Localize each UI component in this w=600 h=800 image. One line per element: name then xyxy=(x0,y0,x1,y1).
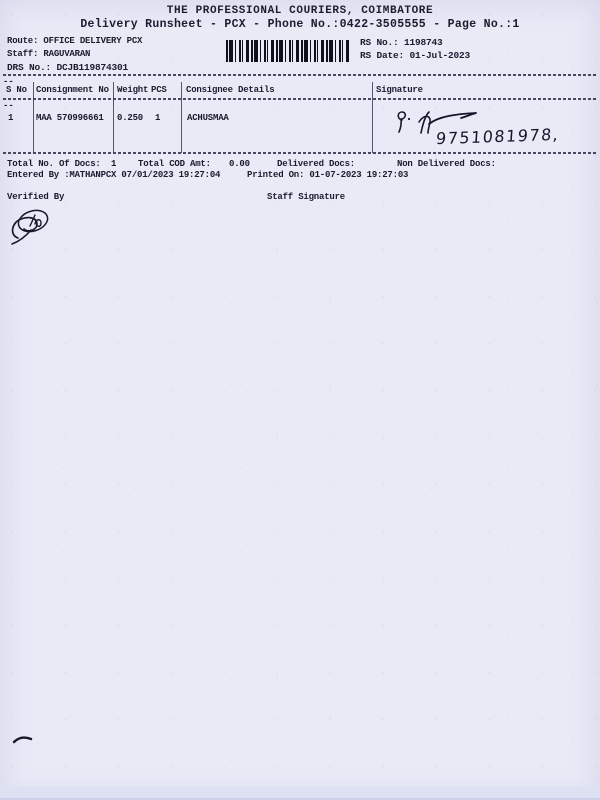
staff-value: RAGUVARAN xyxy=(43,49,90,59)
divider-header xyxy=(3,98,597,100)
cell-consignment-no: MAA 570996661 xyxy=(36,114,104,123)
rs-date-line: RS Date: 01-Jul-2023 xyxy=(360,51,470,61)
rs-date-value: 01-Jul-2023 xyxy=(410,50,471,61)
total-docs-value: 1 xyxy=(111,160,116,169)
non-delivered-docs-label: Non Delivered Docs: xyxy=(397,160,496,169)
verified-by-label: Verified By xyxy=(7,193,64,202)
rs-no-label: RS No.: xyxy=(360,37,399,48)
company-title: THE PROFESSIONAL COURIERS, COIMBATORE xyxy=(0,6,600,17)
col-header-consignee: Consignee Details xyxy=(186,86,274,95)
col-header-signature: Signature xyxy=(376,86,423,95)
pen-mark xyxy=(13,735,33,745)
delivered-docs-label: Delivered Docs: xyxy=(277,160,355,169)
printed-on-line: Printed On: 01-07-2023 19:27:03 xyxy=(247,171,408,180)
scan-edge-strip xyxy=(0,787,600,800)
scanned-delivery-runsheet: THE PROFESSIONAL COURIERS, COIMBATORE De… xyxy=(0,0,600,800)
route-label: Route: xyxy=(7,36,38,46)
divider-bottom xyxy=(3,152,597,154)
rs-no-value: 1198743 xyxy=(404,37,443,48)
route-value: OFFICE DELIVERY PCX xyxy=(43,36,142,46)
tick-mark-2: -- xyxy=(3,101,14,111)
column-line-3 xyxy=(181,82,182,153)
cell-consignee: ACHUSMAA xyxy=(187,114,229,123)
route-line: Route: OFFICE DELIVERY PCX xyxy=(7,37,142,46)
staff-line: Staff: RAGUVARAN xyxy=(7,50,90,59)
cell-sno: 1 xyxy=(8,114,13,123)
verified-by-signature xyxy=(6,206,62,250)
staff-label: Staff: xyxy=(7,49,38,59)
barcode-icon xyxy=(226,40,351,62)
cell-weight: 0.250 xyxy=(117,114,143,123)
drs-value: DCJB119874301 xyxy=(57,62,129,73)
entered-by-line: Entered By :MATHANPCX 07/01/2023 19:27:0… xyxy=(7,171,220,180)
drs-label: DRS No.: xyxy=(7,62,51,73)
drs-line: DRS No.: DCJB119874301 xyxy=(7,63,128,73)
column-line-1 xyxy=(33,82,34,153)
cell-pcs: 1 xyxy=(155,114,160,123)
column-line-4 xyxy=(372,82,373,153)
col-header-pcs: PCS xyxy=(151,86,167,95)
rs-date-label: RS Date: xyxy=(360,50,404,61)
col-header-sno: S No xyxy=(6,86,27,95)
rs-no-line: RS No.: 1198743 xyxy=(360,38,443,48)
divider-top xyxy=(3,74,597,76)
column-line-2 xyxy=(113,82,114,153)
total-cod-label: Total COD Amt: xyxy=(138,160,211,169)
runsheet-title: Delivery Runsheet - PCX - Phone No.:0422… xyxy=(0,19,600,31)
total-cod-value: 0.00 xyxy=(229,160,250,169)
col-header-weight: Weight xyxy=(117,86,148,95)
signature-phone-number: 9751081978, xyxy=(435,125,560,148)
col-header-consignment: Consignment No xyxy=(36,86,109,95)
total-docs-label: Total No. Of Docs: xyxy=(7,160,101,169)
staff-signature-label: Staff Signature xyxy=(267,193,345,202)
